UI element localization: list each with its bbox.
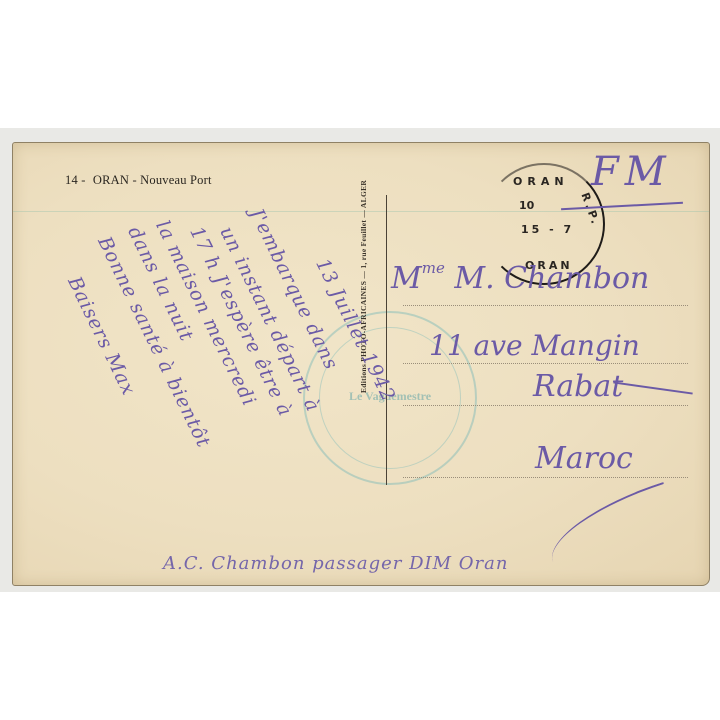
postmark-top-text: ORAN: [513, 175, 569, 188]
sender-note: A.C. Chambon passager DIM Oran: [163, 553, 508, 574]
address-line-2: [403, 363, 688, 364]
recipient-city: Rabat: [533, 369, 623, 404]
caption-number: 14 -: [65, 173, 86, 187]
postmark-day: 10: [519, 199, 534, 212]
address-swash-stroke: [540, 482, 677, 562]
recipient-title-suffix: me: [422, 259, 445, 277]
postmark-date: 15 - 7: [521, 223, 574, 236]
caption-title: ORAN - Nouveau Port: [93, 173, 212, 187]
recipient-title: M: [391, 261, 422, 296]
franchise-militaire-mark: FM: [591, 149, 672, 195]
message-address-divider: [386, 195, 387, 485]
postcard-back: 14 - ORAN - Nouveau Port Le Vaguemestre …: [12, 142, 710, 586]
recipient-country: Maroc: [535, 441, 633, 476]
city-underline-stroke: [613, 381, 692, 394]
recipient-street: 11 ave Mangin: [429, 329, 640, 362]
printed-caption: 14 - ORAN - Nouveau Port: [65, 173, 212, 188]
address-line-3: [403, 405, 688, 406]
postmark-right-text: R.P.: [578, 191, 602, 228]
address-line-1: [403, 305, 688, 306]
recipient-surname: M. Chambon: [454, 261, 649, 296]
address-line-4: [403, 477, 688, 478]
recipient-name: Mme M. Chambon: [391, 261, 649, 296]
